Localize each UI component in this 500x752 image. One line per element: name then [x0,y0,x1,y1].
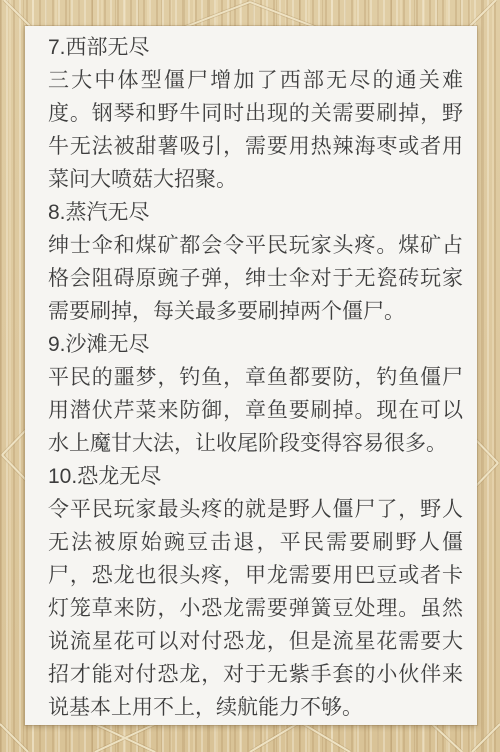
guide-section-western: 7.西部无尽 三大中体型僵尸增加了西部无尽的通关难度。钢琴和野牛同时出现的关需要… [48,31,463,196]
section-body: 三大中体型僵尸增加了西部无尽的通关难度。钢琴和野牛同时出现的关需要刷掉，野牛无法… [48,64,463,196]
guide-section-beach: 9.沙滩无尽 平民的噩梦，钓鱼，章鱼都要防，钓鱼僵尸用潜伏芹菜来防御，章鱼要刷掉… [48,328,463,460]
section-body: 平民的噩梦，钓鱼，章鱼都要防，钓鱼僵尸用潜伏芹菜来防御，章鱼要刷掉。现在可以水上… [48,361,463,460]
section-heading: 9.沙滩无尽 [48,328,463,361]
guide-section-steam: 8.蒸汽无尽 绅士伞和煤矿都会令平民玩家头疼。煤矿占格会阻碍原豌子弹，绅士伞对于… [48,196,463,328]
section-heading: 7.西部无尽 [48,31,463,64]
article-card: 7.西部无尽 三大中体型僵尸增加了西部无尽的通关难度。钢琴和野牛同时出现的关需要… [25,26,477,725]
guide-section-dinosaur: 10.恐龙无尽 令平民玩家最头疼的就是野人僵尸了，野人无法被原始豌豆击退，平民需… [48,460,463,724]
section-heading: 10.恐龙无尽 [48,460,463,493]
section-body: 令平民玩家最头疼的就是野人僵尸了，野人无法被原始豌豆击退，平民需要刷野人僵尸，恐… [48,493,463,724]
section-heading: 8.蒸汽无尽 [48,196,463,229]
section-body: 绅士伞和煤矿都会令平民玩家头疼。煤矿占格会阻碍原豌子弹，绅士伞对于无瓷砖玩家需要… [48,229,463,328]
